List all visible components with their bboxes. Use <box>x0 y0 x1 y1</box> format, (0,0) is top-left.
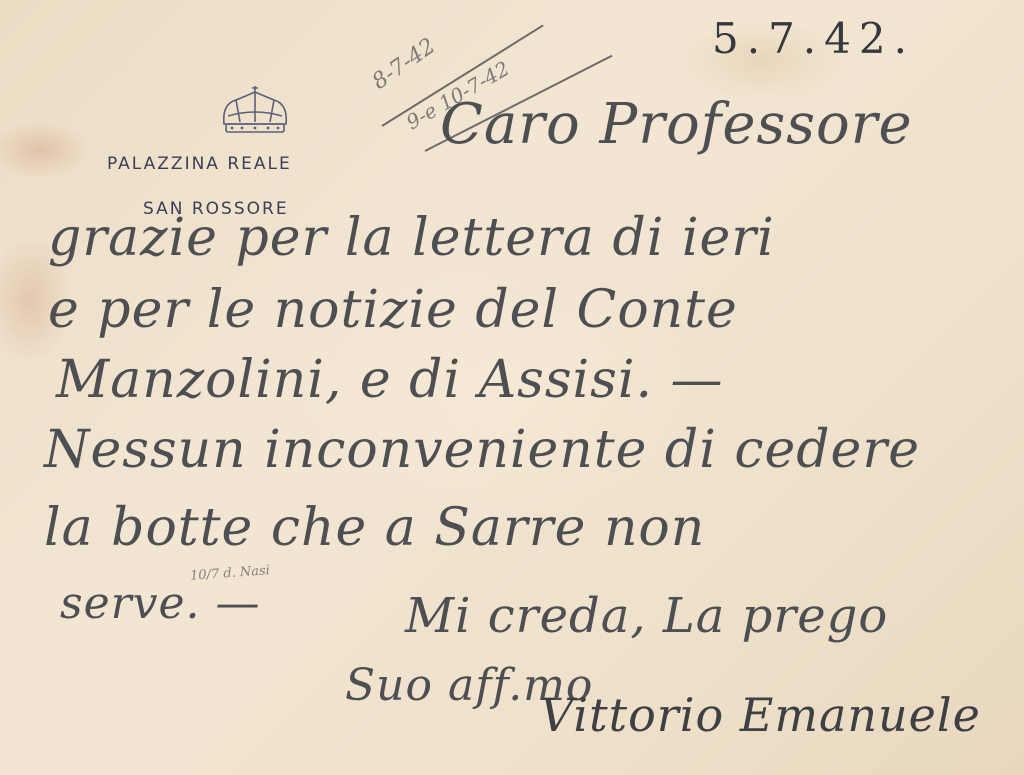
letter-line: grazie per la lettera di ieri <box>48 208 775 268</box>
letter-line: serve. — <box>60 578 261 629</box>
letter-line: la botte che a Sarre non <box>44 498 705 558</box>
archival-note: 8-7-42 <box>368 34 440 95</box>
signature: Vittorio Emanuele <box>540 688 981 742</box>
letterhead-title: PALAZZINA REALE <box>107 154 292 174</box>
letter-line: Manzolini, e di Assisi. — <box>56 350 724 410</box>
letter-date: 5.7.42. <box>712 14 915 63</box>
letter-line: e per le notizie del Conte <box>48 280 738 340</box>
letter-line: Nessun inconveniente di cedere <box>44 420 920 480</box>
letter-page: PALAZZINA REALE SAN ROSSORE 8-7-42 9-e 1… <box>0 0 1024 775</box>
letter-line: Mi creda, La prego <box>405 588 888 644</box>
salutation: Caro Professore <box>440 92 913 157</box>
royal-crown-icon <box>218 86 292 134</box>
letter-line-text: grazie per la lettera di ieri <box>48 208 775 268</box>
